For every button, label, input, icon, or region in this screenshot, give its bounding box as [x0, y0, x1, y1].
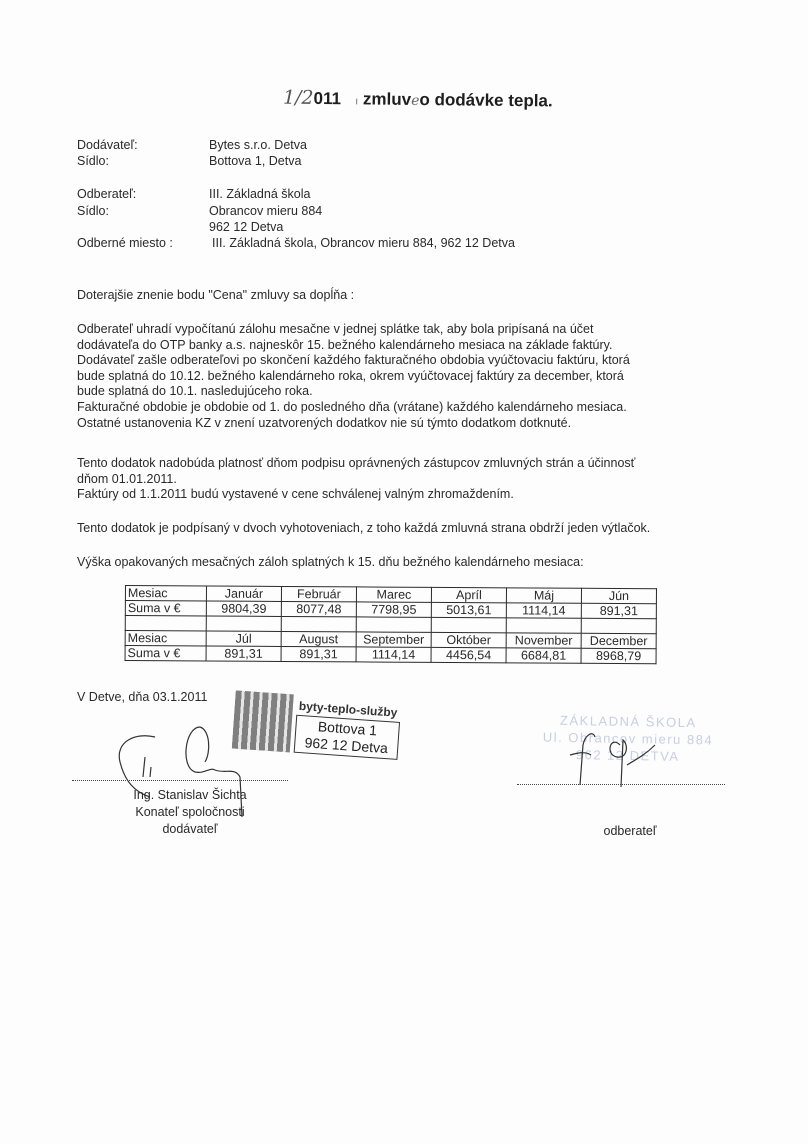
supplier-party-label: dodávateľ: [110, 821, 270, 838]
supplier-label: Dodávateľ:: [77, 138, 138, 152]
customer-city-value: 962 12 Detva: [209, 220, 283, 234]
customer-seat-value: Obrancov mieru 884: [209, 204, 322, 218]
supplier-seat-value: Bottova 1, Detva: [209, 154, 301, 168]
supplier-signatory-role: Konateľ spoločnosti: [110, 804, 270, 821]
customer-label: Odberateľ:: [77, 187, 136, 201]
delivery-point-value: III. Základná škola, Obrancov mieru 884,…: [212, 236, 515, 250]
customer-party-label: odberateľ: [580, 823, 680, 840]
supplier-stamp: byty-teplo-služby Bottova 1 962 12 Detva: [231, 690, 426, 778]
supplier-signature-line: [72, 780, 288, 781]
prefix-mark: ı: [355, 95, 358, 107]
supplier-signatory-name: Ing. Stanislav Šichta: [110, 787, 270, 804]
customer-value: III. Základná škola: [209, 187, 310, 201]
intro-text: Doterajšie znenie bodu "Cena" zmluvy sa …: [77, 288, 717, 304]
supplier-seat-label: Sídlo:: [77, 154, 109, 168]
place-and-date: V Detve, dňa 03.1.2011: [77, 690, 207, 704]
customer-signature-line: [517, 784, 725, 785]
title-text-after: o dodávke tepla.: [419, 90, 552, 110]
table-row: Suma v € 891,31 891,31 1114,14 4456,54 6…: [125, 646, 656, 664]
validity-paragraph: Tento dodatok nadobúda platnosť dňom pod…: [77, 456, 717, 503]
copies-paragraph: Tento dodatok je podpísaný v dvoch vyhot…: [77, 521, 717, 537]
title-text-before: zmluv: [363, 89, 411, 109]
supplier-signatory: Ing. Stanislav Šichta Konateľ spoločnost…: [110, 787, 270, 838]
stamp-address-box: Bottova 1 962 12 Detva: [294, 715, 400, 760]
monthly-deposits-table: Mesiac Január Február Marec Apríl Máj Jú…: [125, 585, 657, 664]
customer-signature-icon: [565, 725, 675, 790]
delivery-point-label: Odberné miesto :: [77, 236, 173, 250]
supplier-value: Bytes s.r.o. Detva: [209, 138, 307, 152]
handwritten-number: 1/2: [283, 87, 314, 109]
printed-number: 011: [313, 89, 341, 108]
payment-terms-paragraph: Odberateľ uhradí vypočítanú zálohu mesač…: [77, 322, 717, 431]
table-intro: Výška opakovaných mesačných záloh splatn…: [77, 555, 717, 571]
scanned-document-page: 1/2011 ı zmluveo dodávke tepla. Dodávate…: [0, 0, 808, 1144]
document-title: 1/2011 ı zmluveo dodávke tepla.: [283, 87, 553, 112]
customer-seat-label: Sídlo:: [77, 204, 109, 218]
